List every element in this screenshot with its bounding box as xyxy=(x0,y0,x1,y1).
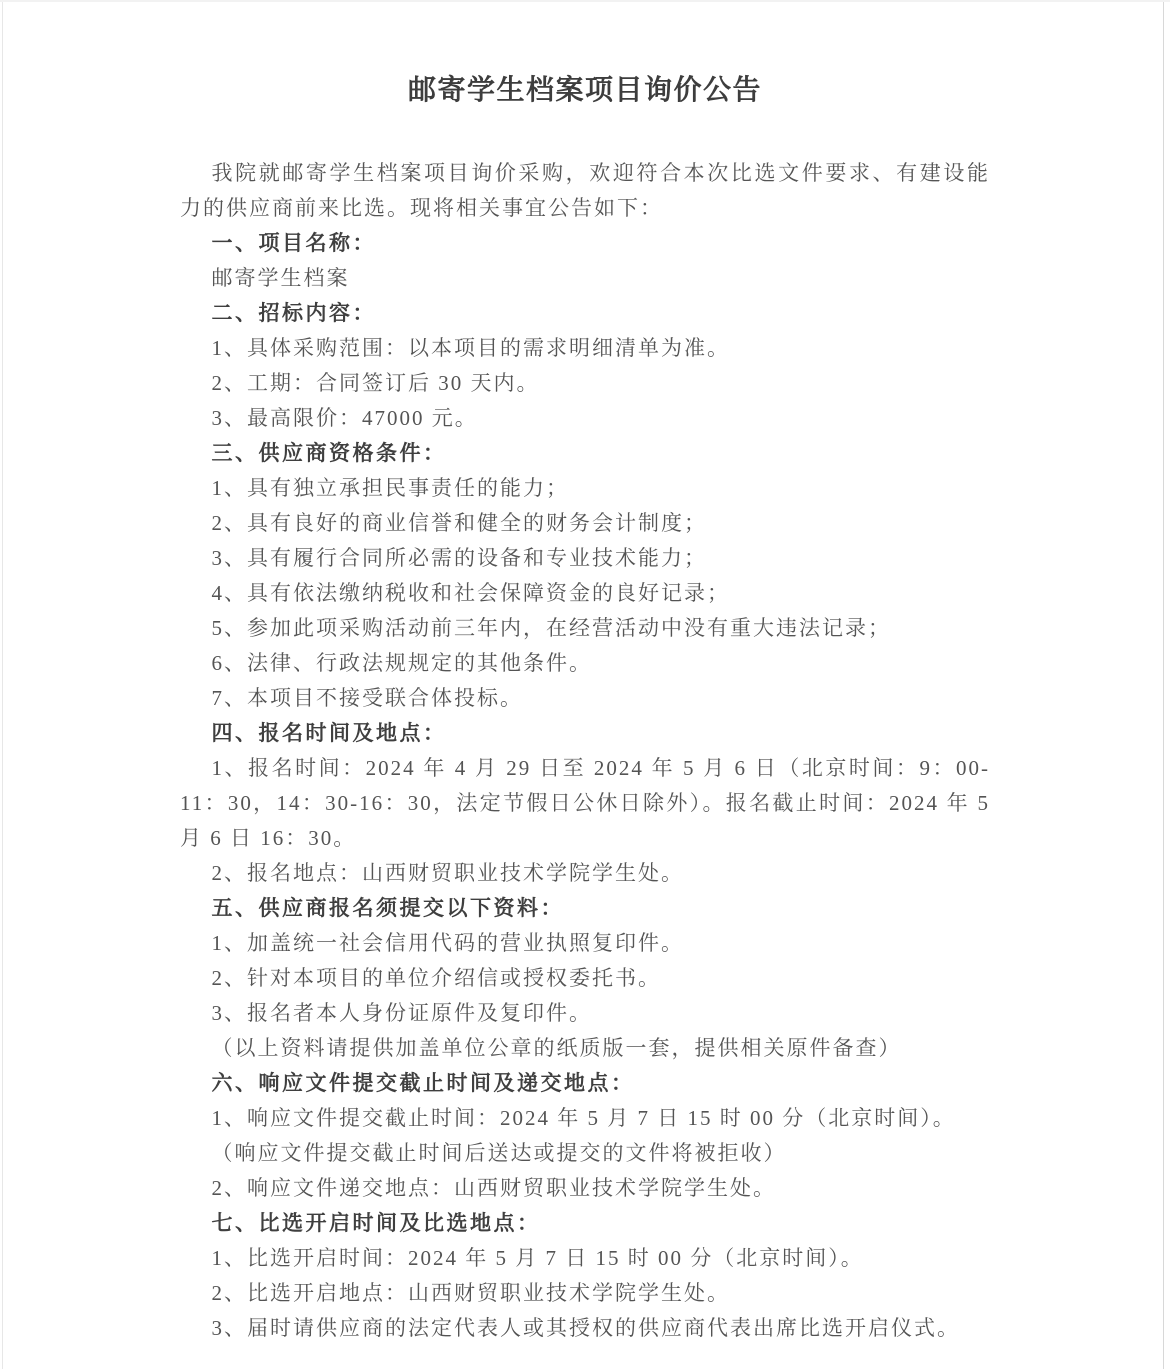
section-2-item: 2、工期：合同签订后 30 天内。 xyxy=(180,366,990,401)
section-5-note: （以上资料请提供加盖单位公章的纸质版一套，提供相关原件备查） xyxy=(180,1031,990,1066)
section-3-item: 6、法律、行政法规规定的其他条件。 xyxy=(180,646,990,681)
section-5-item: 1、加盖统一社会信用代码的营业执照复印件。 xyxy=(180,926,990,961)
section-3-item: 3、具有履行合同所必需的设备和专业技术能力； xyxy=(180,541,990,576)
section-6-note: （响应文件提交截止时间后送达或提交的文件将被拒收） xyxy=(180,1136,990,1171)
section-7-item: 3、届时请供应商的法定代表人或其授权的供应商代表出席比选开启仪式。 xyxy=(180,1311,990,1346)
section-heading-6: 六、响应文件提交截止时间及递交地点： xyxy=(180,1066,990,1101)
section-6-item: 1、响应文件提交截止时间：2024 年 5 月 7 日 15 时 00 分（北京… xyxy=(180,1101,990,1136)
section-heading-7: 七、比选开启时间及比选地点： xyxy=(180,1206,990,1241)
section-heading-2: 二、招标内容： xyxy=(180,296,990,331)
section-3-item: 1、具有独立承担民事责任的能力； xyxy=(180,471,990,506)
page-right-edge xyxy=(1163,2,1164,1369)
section-1-item: 邮寄学生档案 xyxy=(180,261,990,296)
section-3-item: 4、具有依法缴纳税收和社会保障资金的良好记录； xyxy=(180,576,990,611)
section-heading-5: 五、供应商报名须提交以下资料： xyxy=(180,891,990,926)
section-heading-3: 三、供应商资格条件： xyxy=(180,436,990,471)
section-7-item: 1、比选开启时间：2024 年 5 月 7 日 15 时 00 分（北京时间）。 xyxy=(180,1241,990,1276)
section-4-item: 1、报名时间：2024 年 4 月 29 日至 2024 年 5 月 6 日（北… xyxy=(180,751,990,856)
announcement-page: 邮寄学生档案项目询价公告 我院就邮寄学生档案项目询价采购，欢迎符合本次比选文件要… xyxy=(0,0,1170,1369)
section-heading-1: 一、项目名称： xyxy=(180,226,990,261)
section-4-item: 2、报名地点：山西财贸职业技术学院学生处。 xyxy=(180,856,990,891)
document-body: 我院就邮寄学生档案项目询价采购，欢迎符合本次比选文件要求、有建设能力的供应商前来… xyxy=(180,156,990,1346)
section-2-item: 1、具体采购范围：以本项目的需求明细清单为准。 xyxy=(180,331,990,366)
section-heading-4: 四、报名时间及地点： xyxy=(180,716,990,751)
document-title: 邮寄学生档案项目询价公告 xyxy=(0,2,1170,110)
section-5-item: 2、针对本项目的单位介绍信或授权委托书。 xyxy=(180,961,990,996)
section-3-item: 2、具有良好的商业信誉和健全的财务会计制度； xyxy=(180,506,990,541)
section-5-item: 3、报名者本人身份证原件及复印件。 xyxy=(180,996,990,1031)
page-left-edge xyxy=(2,2,3,1369)
section-2-item: 3、最高限价：47000 元。 xyxy=(180,401,990,436)
section-6-item: 2、响应文件递交地点：山西财贸职业技术学院学生处。 xyxy=(180,1171,990,1206)
section-3-item: 5、参加此项采购活动前三年内，在经营活动中没有重大违法记录； xyxy=(180,611,990,646)
section-3-item: 7、本项目不接受联合体投标。 xyxy=(180,681,990,716)
section-7-item: 2、比选开启地点：山西财贸职业技术学院学生处。 xyxy=(180,1276,990,1311)
intro-paragraph: 我院就邮寄学生档案项目询价采购，欢迎符合本次比选文件要求、有建设能力的供应商前来… xyxy=(180,156,990,226)
